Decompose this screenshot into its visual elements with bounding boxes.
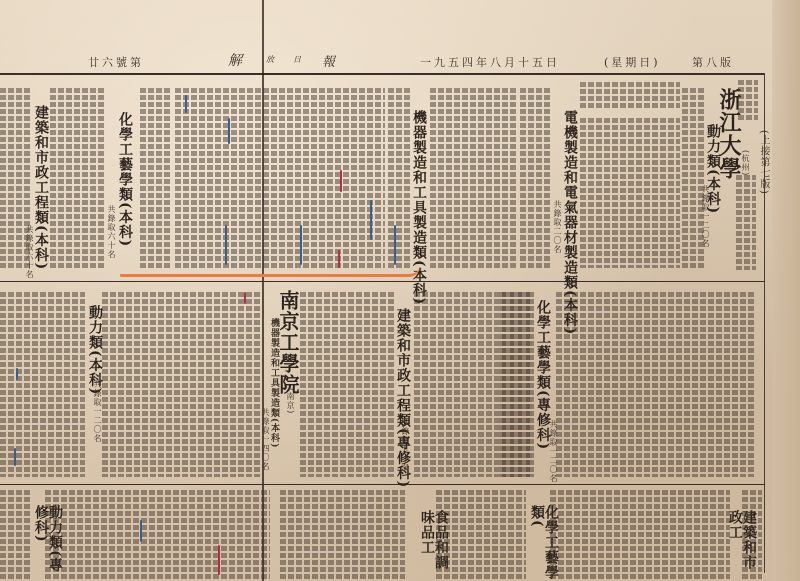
section-rule-2: [0, 484, 765, 485]
name-list-block: [580, 82, 680, 108]
name-list-block: [550, 490, 730, 581]
name-list-block: [102, 292, 260, 477]
name-list-block: [682, 88, 704, 268]
top-rule: [0, 73, 765, 75]
blue-pen-mark: [394, 225, 396, 265]
blue-pen-mark: [370, 200, 372, 240]
dept-heading-civil: 建築和市政工程類(本科): [34, 105, 48, 270]
name-list-block: [300, 292, 395, 477]
name-list-block: [580, 118, 680, 268]
blue-pen-mark: [228, 118, 230, 144]
quota-text: 共錄取六十名: [106, 205, 117, 259]
quota-text: 共錄取二〇名: [552, 200, 563, 254]
name-list-block: [500, 292, 534, 477]
section-rule-1: [0, 281, 765, 282]
university-title-nanjing: 南京工學院: [278, 290, 298, 395]
blue-pen-mark: [225, 225, 227, 265]
blue-pen-mark: [140, 520, 142, 542]
masthead-title-char: 放: [266, 54, 277, 65]
name-list-block: [520, 88, 550, 268]
university-title-zhejiang: 浙江大學: [718, 88, 740, 180]
red-pen-mark: [244, 292, 246, 304]
name-list-block: [742, 490, 762, 581]
torn-page-edge: [772, 0, 800, 581]
quota-text: 共錄取一四〇名: [260, 408, 271, 471]
name-list-block: [0, 88, 32, 268]
dept-heading-machinery: 機器製造和工具製造類(本科): [412, 110, 426, 305]
blue-pen-mark: [16, 368, 18, 380]
blue-pen-mark: [300, 225, 302, 265]
name-list-block: [50, 88, 105, 268]
page-number: 第八版: [692, 54, 734, 70]
blue-pen-mark: [185, 95, 187, 113]
name-list-block: [430, 88, 518, 268]
name-list-block: [738, 80, 758, 120]
orange-highlight-underline: [120, 266, 420, 277]
blue-pen-mark: [14, 448, 16, 466]
location-note: (南京): [285, 388, 296, 414]
location-note: (杭州): [740, 150, 751, 176]
name-list-block: [0, 490, 32, 581]
masthead-title-char: 解: [228, 50, 245, 70]
masthead-title-char: 報: [322, 51, 338, 70]
name-list-block: [736, 175, 756, 270]
masthead: 廿六號第 解 放 日 報 一九五四年八月十五日 (星期日) 第八版: [0, 52, 800, 72]
red-pen-mark: [340, 170, 342, 192]
name-list-block: [388, 88, 410, 268]
continued-note: (上接第七版): [756, 130, 771, 195]
dept-heading-chemical: 化學工藝學類(本科): [118, 112, 132, 247]
name-list-block: [45, 490, 270, 581]
masthead-title-char: 日: [293, 54, 304, 65]
weekday: (星期日): [604, 54, 661, 70]
name-list-block: [556, 292, 756, 477]
quota-text: 共錄取九十名: [400, 418, 411, 472]
red-pen-mark: [218, 545, 220, 575]
issue-number: 廿六號第: [88, 54, 144, 70]
name-list-block: [140, 88, 172, 268]
name-list-block: [175, 88, 385, 268]
name-list-block: [436, 490, 526, 581]
name-list-block: [0, 292, 85, 477]
date: 一九五四年八月十五日: [420, 54, 560, 70]
name-list-block: [280, 490, 405, 581]
